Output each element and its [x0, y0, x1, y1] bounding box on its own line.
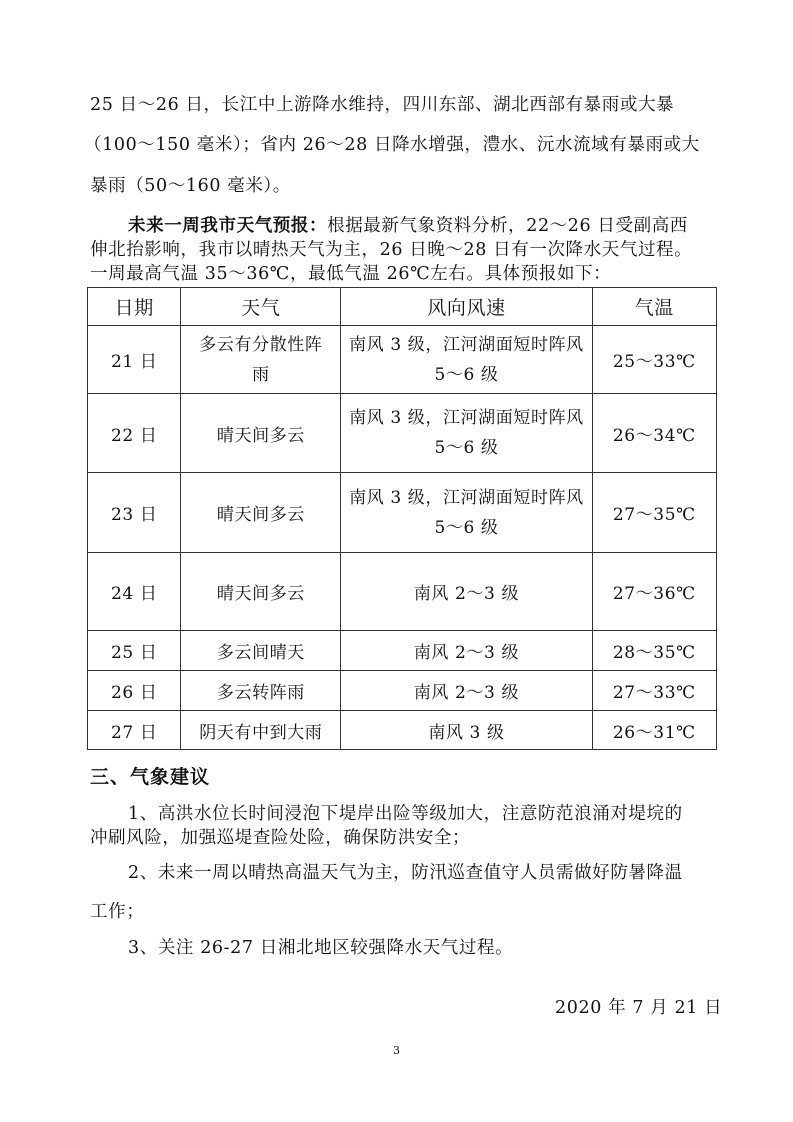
cell-weather: 阴天有中到大雨: [181, 711, 341, 750]
cell-wind-line: 南风 3 级，江河湖面短时阵风: [349, 408, 584, 428]
advice-item-1-line-2: 冲刷风险，加强巡堤查险处险，确保防洪安全；: [90, 828, 720, 848]
cell-temp: 25～33℃: [592, 326, 716, 394]
cell-date: 25 日: [88, 631, 181, 671]
table-row: 22 日 晴天间多云 南风 3 级，江河湖面短时阵风5～6 级 26～34℃: [88, 394, 717, 473]
table-row: 26 日 多云转阵雨 南风 2～3 级 27～33℃: [88, 671, 717, 711]
cell-temp: 27～35℃: [592, 473, 716, 553]
cell-wind-line: 南风 3 级，江河湖面短时阵风: [349, 488, 584, 508]
advice-item-2-line-2: 工作；: [90, 902, 720, 922]
advice-item-1-line-1: 1、高洪水位长时间浸泡下堤岸出险等级加大，注意防范浪涌对堤垸的: [128, 804, 758, 824]
cell-temp: 26～31℃: [592, 711, 716, 750]
cell-temp: 28～35℃: [592, 631, 716, 671]
cell-weather: 多云间晴天: [181, 631, 341, 671]
cell-date: 27 日: [88, 711, 181, 750]
cell-wind: 南风 3 级，江河湖面短时阵风5～6 级: [341, 473, 592, 553]
cell-weather: 多云有分散性阵雨: [181, 326, 341, 394]
signature-date: 2020 年 7 月 21 日: [555, 994, 722, 1019]
forecast-table: 日期 天气 风向风速 气温 21 日 多云有分散性阵雨 南风 3 级，江河湖面短…: [87, 287, 717, 750]
cell-wind: 南风 3 级，江河湖面短时阵风5～6 级: [341, 394, 592, 473]
header-wind: 风向风速: [341, 288, 592, 326]
table-row: 27 日 阴天有中到大雨 南风 3 级 26～31℃: [88, 711, 717, 750]
cell-wind: 南风 2～3 级: [341, 631, 592, 671]
cell-wind: 南风 2～3 级: [341, 671, 592, 711]
table-row: 25 日 多云间晴天 南风 2～3 级 28～35℃: [88, 631, 717, 671]
forecast-para-label: 未来一周我市天气预报：: [128, 216, 327, 236]
cell-wind: 南风 3 级: [341, 711, 592, 750]
header-date: 日期: [88, 288, 181, 326]
cell-temp: 27～33℃: [592, 671, 716, 711]
advice-item-2-line-1: 2、未来一周以晴热高温天气为主，防汛巡查值守人员需做好防暑降温: [128, 863, 758, 883]
forecast-para-line-3: 一周最高气温 35～36℃，最低气温 26℃左右。具体预报如下：: [90, 264, 720, 284]
cell-weather: 晴天间多云: [181, 473, 341, 553]
cell-temp: 27～36℃: [592, 553, 716, 631]
cell-date: 22 日: [88, 394, 181, 473]
page-number: 3: [393, 1044, 400, 1057]
cell-date: 21 日: [88, 326, 181, 394]
header-temp: 气温: [592, 288, 716, 326]
table-header-row: 日期 天气 风向风速 气温: [88, 288, 717, 326]
cell-wind-line: 5～6 级: [434, 518, 498, 538]
cell-wind: 南风 3 级，江河湖面短时阵风5～6 级: [341, 326, 592, 394]
cell-wind: 南风 2～3 级: [341, 553, 592, 631]
cell-weather: 晴天间多云: [181, 553, 341, 631]
cell-weather-line: 雨: [252, 365, 270, 385]
cell-weather: 晴天间多云: [181, 394, 341, 473]
forecast-para-line-1-text: 根据最新气象资料分析，22～26 日受副高西: [327, 216, 688, 236]
cell-temp: 26～34℃: [592, 394, 716, 473]
advice-item-3: 3、关注 26-27 日湘北地区较强降水天气过程。: [128, 938, 758, 958]
cell-date: 24 日: [88, 553, 181, 631]
cell-date: 26 日: [88, 671, 181, 711]
table-row: 23 日 晴天间多云 南风 3 级，江河湖面短时阵风5～6 级 27～35℃: [88, 473, 717, 553]
intro-line-1: 25 日～26 日，长江中上游降水维持，四川东部、湖北西部有暴雨或大暴: [90, 95, 720, 115]
cell-wind-line: 5～6 级: [434, 365, 498, 385]
forecast-para-line-1: 未来一周我市天气预报：根据最新气象资料分析，22～26 日受副高西: [128, 216, 758, 236]
cell-weather-line: 多云有分散性阵: [199, 335, 322, 355]
intro-line-3: 暴雨（50～160 毫米）。: [90, 176, 720, 196]
cell-wind-line: 5～6 级: [434, 438, 498, 458]
section-heading: 三、气象建议: [90, 762, 210, 789]
cell-date: 23 日: [88, 473, 181, 553]
cell-weather: 多云转阵雨: [181, 671, 341, 711]
intro-line-2: （100～150 毫米）；省内 26～28 日降水增强，澧水、沅水流域有暴雨或大: [84, 135, 714, 155]
cell-wind-line: 南风 3 级，江河湖面短时阵风: [349, 335, 584, 355]
table-row: 24 日 晴天间多云 南风 2～3 级 27～36℃: [88, 553, 717, 631]
forecast-para-line-2: 伸北抬影响，我市以晴热天气为主，26 日晚～28 日有一次降水天气过程。: [90, 240, 720, 260]
table-row: 21 日 多云有分散性阵雨 南风 3 级，江河湖面短时阵风5～6 级 25～33…: [88, 326, 717, 394]
header-weather: 天气: [181, 288, 341, 326]
